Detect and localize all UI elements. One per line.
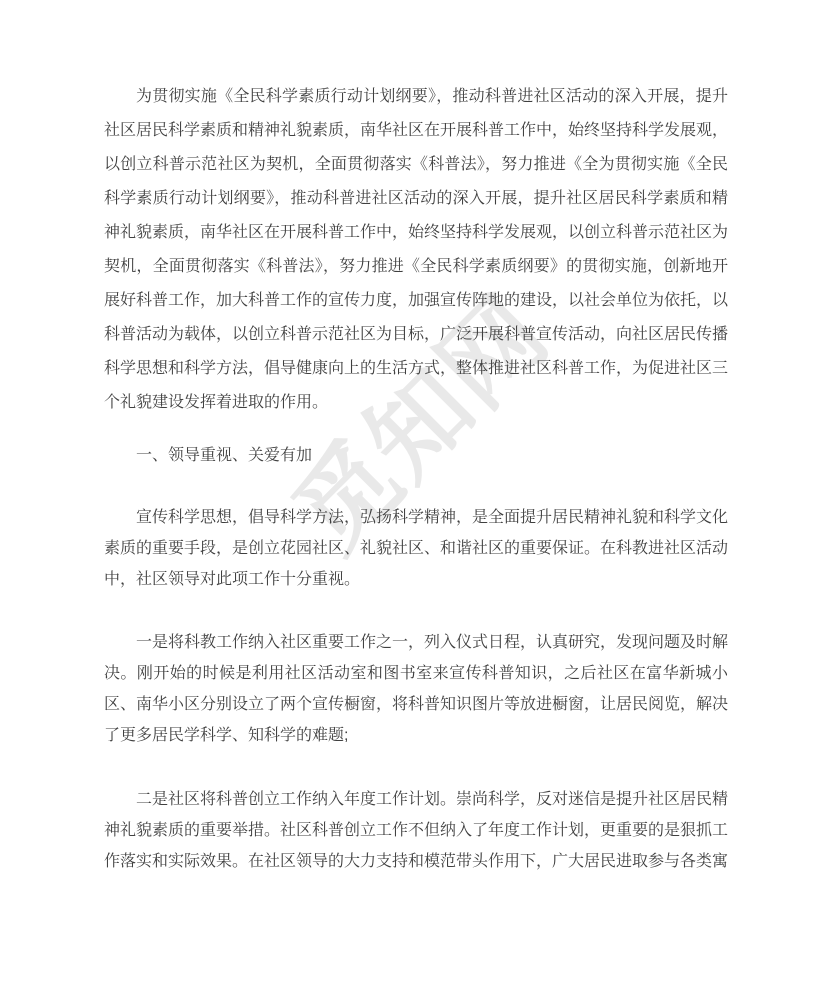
- paragraph-section-1-lead: 宣传科学思想，倡导科学方法，弘扬科学精神，是全面提升居民精神礼貌和科学文化素质的…: [104, 502, 728, 595]
- document-content: 为贯彻实施《全民科学素质行动计划纲要》，推动科普进社区活动的深入开展，提升社区居…: [0, 80, 830, 877]
- document-page: 觅知网 为贯彻实施《全民科学素质行动计划纲要》，推动科普进社区活动的深入开展，提…: [0, 0, 830, 986]
- paragraph-intro: 为贯彻实施《全民科学素质行动计划纲要》，推动科普进社区活动的深入开展，提升社区居…: [104, 80, 728, 420]
- paragraph-point-2: 二是社区将科普创立工作纳入年度工作计划。崇尚科学，反对迷信是提升社区居民精神礼貌…: [104, 784, 728, 877]
- section-heading-1: 一、领导重视、关爱有加: [104, 440, 728, 471]
- paragraph-point-1: 一是将科教工作纳入社区重要工作之一，列入仪式日程，认真研究，发现问题及时解决。刚…: [104, 627, 728, 751]
